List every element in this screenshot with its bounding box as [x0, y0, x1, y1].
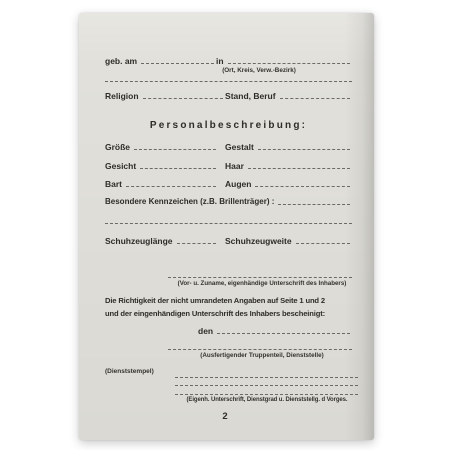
augen-label: Augen — [225, 179, 251, 189]
religion-blank-line — [143, 95, 224, 99]
certification-line1: Die Richtigkeit der nicht umrandeten Ang… — [105, 295, 354, 308]
dienststempel-label: (Dienststempel) — [105, 368, 163, 375]
groesse-label: Größe — [105, 142, 130, 152]
kennzeichen-blank-line — [278, 201, 350, 205]
stand-beruf-label: Stand, Beruf — [225, 91, 276, 101]
schuhzeugweite-blank-line — [296, 240, 350, 244]
groesse-blank-line — [134, 146, 216, 150]
kennzeichen-label: Besondere Kennzeichen (z.B. Brillenträge… — [105, 197, 274, 207]
schuhzeugweite-label: Schuhzeugweite — [225, 236, 292, 246]
truppenteil-caption: (Ausfertigender Truppenteil, Dienststell… — [168, 352, 356, 359]
owner-signature-caption: (Vor- u. Zuname, eigenhändige Unterschri… — [168, 280, 356, 287]
certification-paragraph: Die Richtigkeit der nicht umrandeten Ang… — [105, 295, 354, 320]
gestalt-blank-line — [258, 146, 350, 150]
religion-row: Religion Stand, Beruf — [105, 91, 352, 101]
page-title: Personalbeschreibung: — [105, 120, 352, 131]
date-blank-line — [217, 330, 350, 334]
bart-label: Bart — [105, 179, 122, 189]
certification-line2: und der eingenhändigen Unterschrift des … — [105, 308, 354, 321]
schuhzeuglaenge-label: Schuhzeuglänge — [105, 236, 173, 246]
groesse-gestalt-row: Größe Gestalt — [105, 142, 352, 152]
bart-blank-line — [126, 183, 216, 187]
kennzeichen-row: Besondere Kennzeichen (z.B. Brillenträge… — [105, 197, 352, 207]
beruf-blank-line — [280, 95, 350, 99]
religion-label: Religion — [105, 91, 139, 101]
birth-row: geb. am in — [105, 56, 352, 66]
kennzeichen-continuation-line — [105, 223, 352, 224]
birthplace-continuation-line — [105, 81, 352, 82]
truppenteil-line — [168, 349, 352, 350]
stamp-area-line-1 — [175, 377, 358, 378]
gestalt-label: Gestalt — [225, 142, 254, 152]
birthdate-blank-line — [141, 60, 214, 64]
geb-am-label: geb. am — [105, 56, 137, 66]
page-number: 2 — [105, 411, 345, 422]
schuhzeuglaenge-blank-line — [177, 240, 216, 244]
augen-blank-line — [255, 183, 350, 187]
superior-signature-caption: (Eigenh. Unterschrift, Dienstgrad u. Die… — [168, 397, 366, 404]
bart-augen-row: Bart Augen — [105, 179, 352, 189]
ort-kreis-caption: (Ort, Kreis, Verw.-Bezirk) — [199, 67, 319, 74]
stamp-area-line-2 — [175, 385, 358, 386]
superior-signature-line — [175, 394, 358, 395]
haar-blank-line — [248, 165, 350, 169]
gesicht-blank-line — [140, 165, 216, 169]
birthplace-blank-line — [228, 60, 350, 64]
den-label: den — [198, 326, 213, 336]
date-row: den — [198, 326, 352, 336]
schuhzeug-row: Schuhzeuglänge Schuhzeugweite — [105, 236, 352, 246]
document-page: geb. am in (Ort, Kreis, Verw.-Bezirk) Re… — [79, 13, 374, 440]
gesicht-haar-row: Gesicht Haar — [105, 161, 352, 171]
gesicht-label: Gesicht — [105, 161, 136, 171]
owner-signature-line — [168, 277, 352, 278]
haar-label: Haar — [225, 161, 244, 171]
in-label: in — [216, 56, 224, 66]
